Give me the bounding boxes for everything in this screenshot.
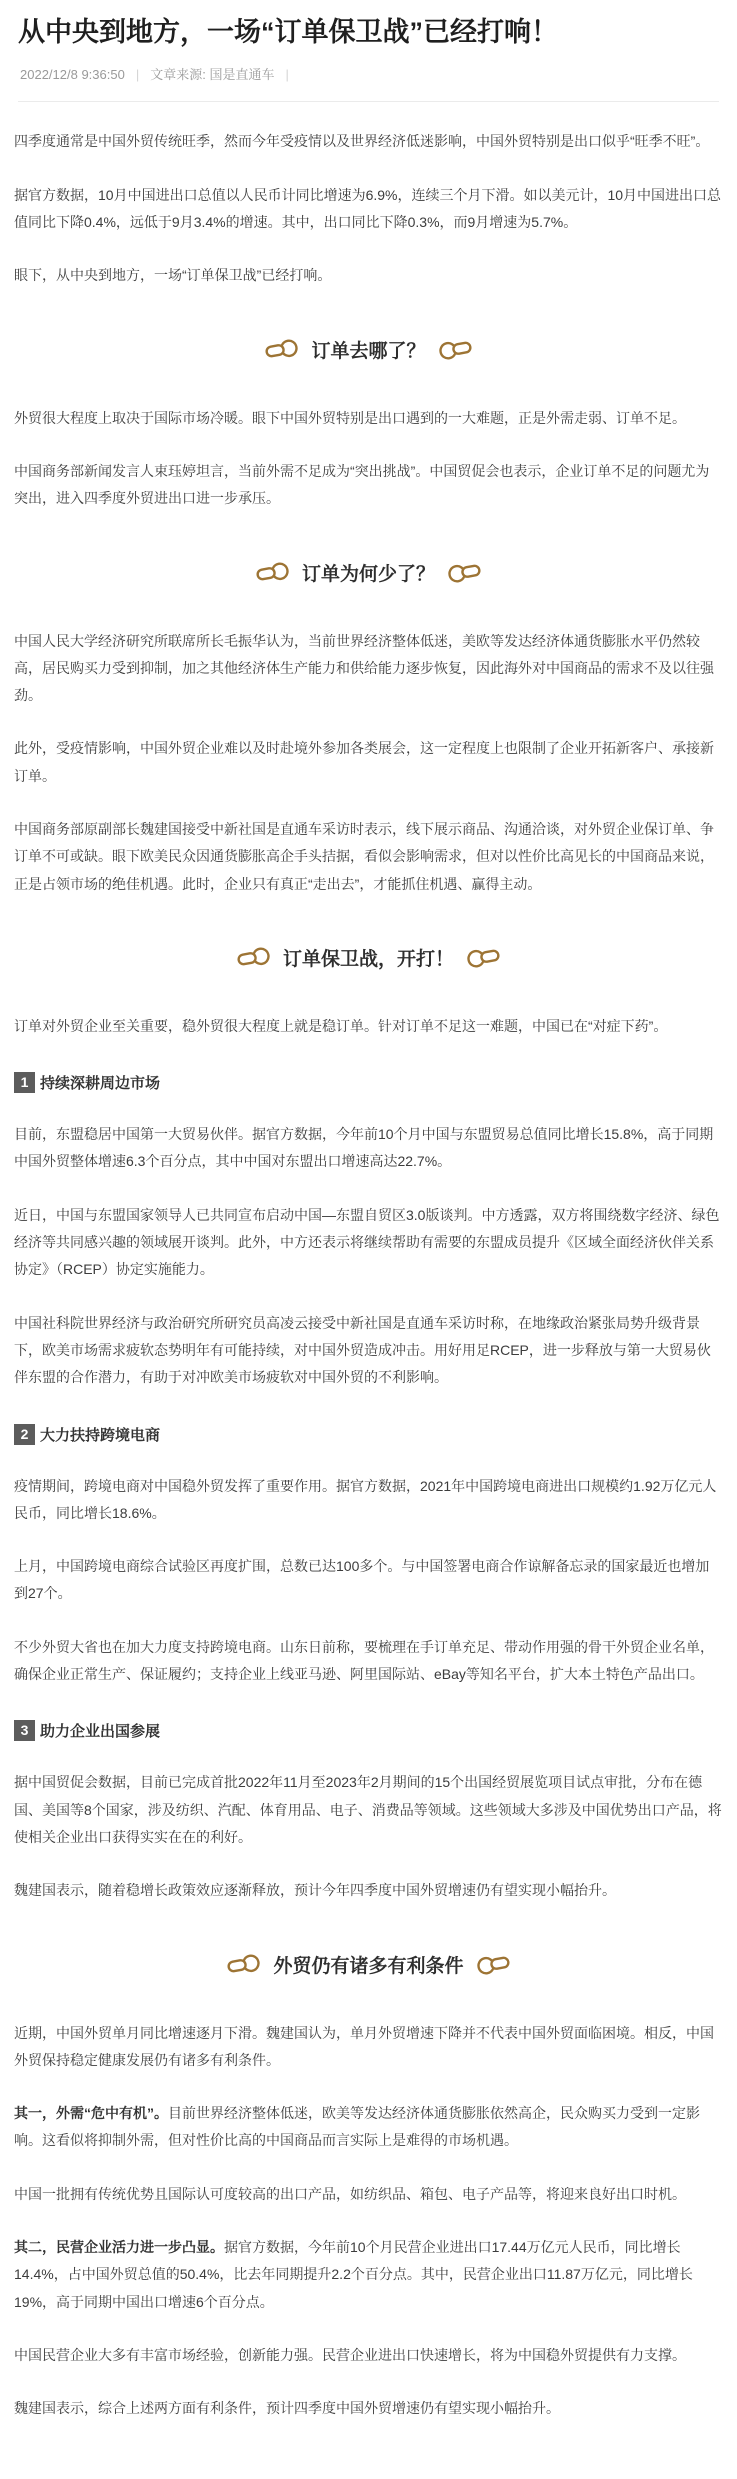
number-badge: 3 (14, 1720, 35, 1741)
chain-link-right-icon (466, 946, 500, 969)
paragraph-text: 眼下，从中央到地方，一场“订单保卫战”已经打响。 (14, 267, 331, 283)
paragraph-lead: 其一，外需“危中有机”。 (14, 2105, 168, 2121)
source-name: 国是直通车 (209, 67, 274, 82)
article-body: 四季度通常是中国外贸传统旺季，然而今年受疫情以及世界经济低迷影响，中国外贸特别是… (0, 128, 737, 2478)
paragraph-text: 中国民营企业大多有丰富市场经验，创新能力强。民营企业进出口快速增长，将为中国稳外… (14, 2347, 686, 2363)
paragraph-text: 外贸很大程度上取决于国际市场冷暖。眼下中国外贸特别是出口遇到的一大难题，正是外需… (14, 410, 686, 426)
chain-link-left-icon (256, 561, 290, 584)
article-page: 从中央到地方，一场“订单保卫战”已经打响！ 2022/12/8 9:36:50|… (0, 0, 737, 2479)
number-badge: 2 (14, 1424, 35, 1445)
paragraph: 其二，民营企业活力进一步凸显。据官方数据，今年前10个月民营企业进出口17.44… (14, 2234, 723, 2316)
paragraph: 中国民营企业大多有丰富市场经验，创新能力强。民营企业进出口快速增长，将为中国稳外… (14, 2342, 723, 2369)
paragraph: 近期，中国外贸单月同比增速逐月下滑。魏建国认为，单月外贸增速下降并不代表中国外贸… (14, 2020, 723, 2075)
paragraph-text: 魏建国表示，随着稳增长政策效应逐渐释放，预计今年四季度中国外贸增速仍有望实现小幅… (14, 1882, 616, 1898)
paragraph-text: 近日，中国与东盟国家领导人已共同宣布启动中国—东盟自贸区3.0版谈判。中方透露，… (14, 1207, 719, 1278)
paragraph-text: 中国商务部原副部长魏建国接受中新社国是直通车采访时表示，线下展示商品、沟通洽谈，… (14, 821, 714, 892)
paragraph: 中国社科院世界经济与政治研究所研究员高凌云接受中新社国是直通车采访时称，在地缘政… (14, 1310, 723, 1392)
header-divider (18, 101, 719, 102)
source-label: 文章来源: (150, 67, 206, 82)
page-title: 从中央到地方，一场“订单保卫战”已经打响！ (18, 14, 719, 50)
section-heading: 外贸仍有诸多有利条件 (14, 1951, 723, 1978)
paragraph-lead: 其二，民营企业活力进一步凸显。 (14, 2239, 224, 2255)
paragraph-text: 不少外贸大省也在加大力度支持跨境电商。山东日前称，要梳理在手订单充足、带动作用强… (14, 1639, 714, 1682)
paragraph: 近日，中国与东盟国家领导人已共同宣布启动中国—东盟自贸区3.0版谈判。中方透露，… (14, 1202, 723, 1284)
subsection-heading: 2 大力扶持跨境电商 (14, 1424, 723, 1445)
paragraph-text: 中国社科院世界经济与政治研究所研究员高凌云接受中新社国是直通车采访时称，在地缘政… (14, 1315, 711, 1386)
paragraph: 不少外贸大省也在加大力度支持跨境电商。山东日前称，要梳理在手订单充足、带动作用强… (14, 1634, 723, 1689)
section-heading: 订单为何少了？ (14, 559, 723, 586)
paragraph-text: 据官方数据，10月中国进出口总值以人民币计同比增速为6.9%，连续三个月下滑。如… (14, 187, 721, 230)
paragraph: 中国商务部原副部长魏建国接受中新社国是直通车采访时表示，线下展示商品、沟通洽谈，… (14, 816, 723, 898)
paragraph-text: 中国商务部新闻发言人束珏婷坦言，当前外需不足成为“突出挑战”。中国贸促会也表示，… (14, 463, 709, 506)
paragraph-text: 魏建国表示，综合上述两方面有利条件，预计四季度中国外贸增速仍有望实现小幅抬升。 (14, 2400, 560, 2416)
subsection-title: 助力企业出国参展 (40, 1720, 160, 1741)
chain-link-right-icon (447, 561, 481, 584)
publish-timestamp: 2022/12/8 9:36:50 (20, 67, 125, 82)
section-heading-text: 外贸仍有诸多有利条件 (273, 1951, 463, 1978)
number-badge: 1 (14, 1072, 35, 1093)
paragraph: 其一，外需“危中有机”。目前世界经济整体低迷，欧美等发达经济体通货膨胀依然高企，… (14, 2100, 723, 2155)
meta-separator: | (136, 67, 139, 82)
paragraph-text: 中国一批拥有传统优势且国际认可度较高的出口产品，如纺织品、箱包、电子产品等，将迎… (14, 2186, 686, 2202)
paragraph: 魏建国表示，随着稳增长政策效应逐渐释放，预计今年四季度中国外贸增速仍有望实现小幅… (14, 1877, 723, 1904)
meta-separator: | (285, 67, 288, 82)
paragraph: 中国商务部新闻发言人束珏婷坦言，当前外需不足成为“突出挑战”。中国贸促会也表示，… (14, 458, 723, 513)
chain-link-right-icon (438, 338, 472, 361)
chain-link-left-icon (265, 338, 299, 361)
paragraph: 目前，东盟稳居中国第一大贸易伙伴。据官方数据，今年前10个月中国与东盟贸易总值同… (14, 1121, 723, 1176)
paragraph: 据中国贸促会数据，目前已完成首批2022年11月至2023年2月期间的15个出国… (14, 1769, 723, 1851)
paragraph-text: 中国人民大学经济研究所联席所长毛振华认为，当前世界经济整体低迷，美欧等发达经济体… (14, 633, 714, 704)
paragraph: 魏建国表示，综合上述两方面有利条件，预计四季度中国外贸增速仍有望实现小幅抬升。 (14, 2395, 723, 2422)
paragraph: 四季度通常是中国外贸传统旺季，然而今年受疫情以及世界经济低迷影响，中国外贸特别是… (14, 128, 723, 155)
paragraph-text: 四季度通常是中国外贸传统旺季，然而今年受疫情以及世界经济低迷影响，中国外贸特别是… (14, 133, 709, 149)
paragraph-text: 近期，中国外贸单月同比增速逐月下滑。魏建国认为，单月外贸增速下降并不代表中国外贸… (14, 2025, 714, 2068)
section-heading: 订单去哪了？ (14, 336, 723, 363)
chain-link-right-icon (476, 1953, 510, 1976)
article-meta: 2022/12/8 9:36:50|文章来源: 国是直通车| (20, 64, 719, 83)
subsection-heading: 3 助力企业出国参展 (14, 1720, 723, 1741)
section-heading-text: 订单去哪了？ (311, 336, 425, 363)
paragraph: 疫情期间，跨境电商对中国稳外贸发挥了重要作用。据官方数据，2021年中国跨境电商… (14, 1473, 723, 1528)
paragraph: 此外，受疫情影响，中国外贸企业难以及时赴境外参加各类展会，这一定程度上也限制了企… (14, 735, 723, 790)
paragraph-text: 此外，受疫情影响，中国外贸企业难以及时赴境外参加各类展会，这一定程度上也限制了企… (14, 740, 714, 783)
paragraph-text: 目前，东盟稳居中国第一大贸易伙伴。据官方数据，今年前10个月中国与东盟贸易总值同… (14, 1126, 713, 1169)
paragraph: 据官方数据，10月中国进出口总值以人民币计同比增速为6.9%，连续三个月下滑。如… (14, 182, 723, 237)
section-heading-text: 订单为何少了？ (302, 559, 435, 586)
chain-link-left-icon (237, 946, 271, 969)
paragraph: 外贸很大程度上取决于国际市场冷暖。眼下中国外贸特别是出口遇到的一大难题，正是外需… (14, 405, 723, 432)
subsection-heading: 1 持续深耕周边市场 (14, 1072, 723, 1093)
section-heading: 订单保卫战，开打！ (14, 944, 723, 971)
paragraph: 订单对外贸企业至关重要，稳外贸很大程度上就是稳订单。针对订单不足这一难题，中国已… (14, 1013, 723, 1040)
paragraph-text: 订单对外贸企业至关重要，稳外贸很大程度上就是稳订单。针对订单不足这一难题，中国已… (14, 1018, 667, 1034)
chain-link-left-icon (227, 1953, 261, 1976)
paragraph-text: 据中国贸促会数据，目前已完成首批2022年11月至2023年2月期间的15个出国… (14, 1774, 722, 1845)
paragraph: 上月，中国跨境电商综合试验区再度扩围，总数已达100多个。与中国签署电商合作谅解… (14, 1553, 723, 1608)
section-heading-text: 订单保卫战，开打！ (283, 944, 454, 971)
paragraph-text: 上月，中国跨境电商综合试验区再度扩围，总数已达100多个。与中国签署电商合作谅解… (14, 1558, 709, 1601)
article-header: 从中央到地方，一场“订单保卫战”已经打响！ 2022/12/8 9:36:50|… (0, 0, 737, 102)
subsection-title: 持续深耕周边市场 (40, 1072, 160, 1093)
paragraph: 中国一批拥有传统优势且国际认可度较高的出口产品，如纺织品、箱包、电子产品等，将迎… (14, 2181, 723, 2208)
paragraph-text: 疫情期间，跨境电商对中国稳外贸发挥了重要作用。据官方数据，2021年中国跨境电商… (14, 1478, 716, 1521)
paragraph: 眼下，从中央到地方，一场“订单保卫战”已经打响。 (14, 262, 723, 289)
paragraph: 中国人民大学经济研究所联席所长毛振华认为，当前世界经济整体低迷，美欧等发达经济体… (14, 628, 723, 710)
subsection-title: 大力扶持跨境电商 (40, 1424, 160, 1445)
